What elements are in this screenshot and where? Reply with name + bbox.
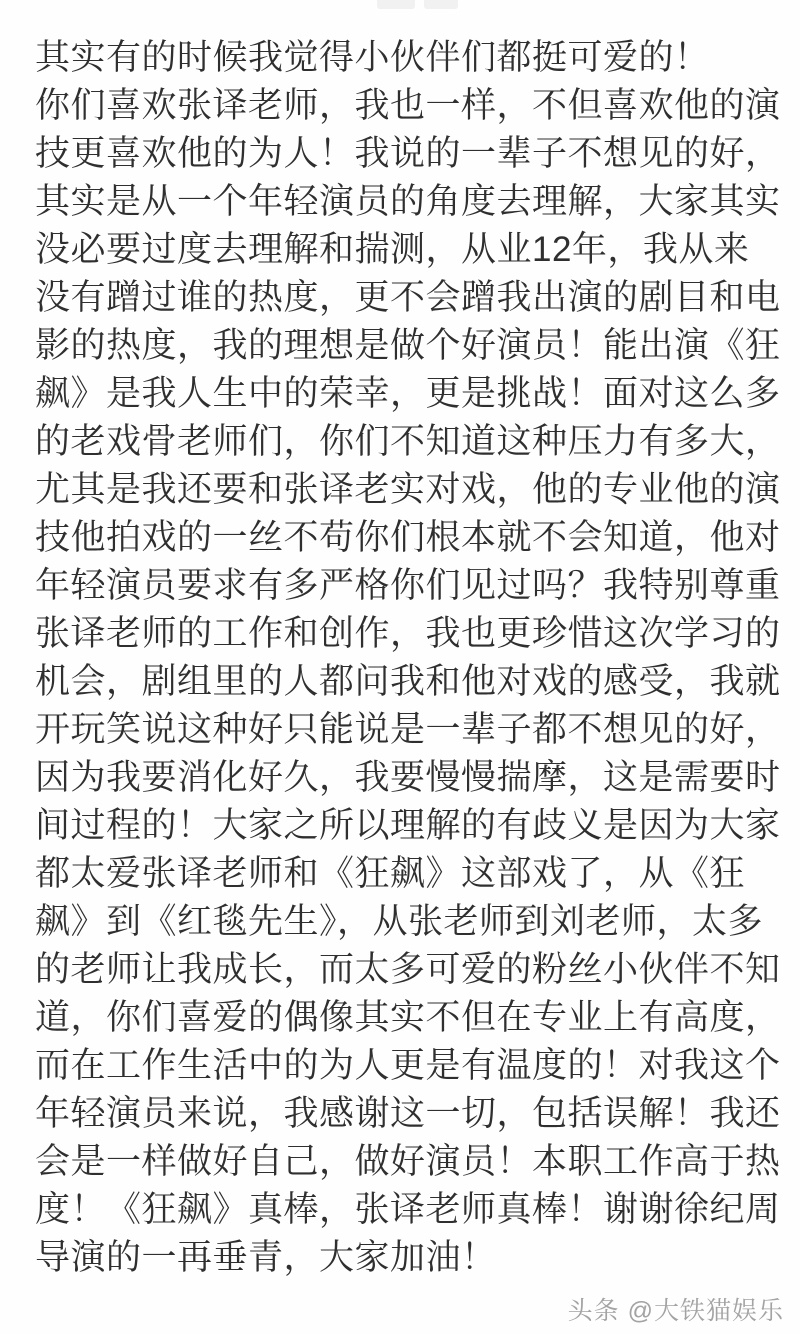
text-line: 都太爱张译老师和《狂飙》这部戏了，从《狂	[35, 850, 790, 898]
post-text: 其实有的时候我觉得小伙伴们都挺可爱的！ 你们喜欢张译老师，我也一样，不但喜欢他的…	[35, 34, 790, 1282]
text-line: 的老戏骨老师们，你们不知道这种压力有多大，	[35, 418, 790, 466]
text-line: 没必要过度去理解和揣测，从业12年，我从来	[35, 226, 790, 274]
post-screenshot-page: 其实有的时候我觉得小伙伴们都挺可爱的！ 你们喜欢张译老师，我也一样，不但喜欢他的…	[0, 0, 800, 1334]
text-line: 没有蹭过谁的热度，更不会蹭我出演的剧目和电	[35, 274, 790, 322]
text-line: 导演的一再垂青，大家加油！	[35, 1234, 790, 1282]
text-line: 会是一样做好自己，做好演员！本职工作高于热	[35, 1138, 790, 1186]
toutiao-watermark: 头条 @大铁猫娱乐	[568, 1291, 784, 1327]
text-line: 飙》到《红毯先生》，从张老师到刘老师，太多	[35, 898, 790, 946]
text-line: 开玩笑说这种好只能说是一辈子都不想见的好，	[35, 706, 790, 754]
text-line: 间过程的！大家之所以理解的有歧义是因为大家	[35, 802, 790, 850]
text-line: 因为我要消化好久，我要慢慢揣摩，这是需要时	[35, 754, 790, 802]
cropped-top-line-remnants	[0, 0, 800, 12]
text-line: 技他拍戏的一丝不苟你们根本就不会知道，他对	[35, 514, 790, 562]
text-line: 飙》是我人生中的荣幸，更是挑战！面对这么多	[35, 370, 790, 418]
text-line: 其实有的时候我觉得小伙伴们都挺可爱的！	[35, 34, 790, 82]
cropped-character-fragment	[377, 0, 415, 9]
text-line: 的老师让我成长，而太多可爱的粉丝小伙伴不知	[35, 946, 790, 994]
text-line: 而在工作生活中的为人更是有温度的！对我这个	[35, 1042, 790, 1090]
text-line: 年轻演员要求有多严格你们见过吗？我特别尊重	[35, 562, 790, 610]
text-line: 道，你们喜爱的偶像其实不但在专业上有高度，	[35, 994, 790, 1042]
text-line: 技更喜欢他的为人！我说的一辈子不想见的好，	[35, 130, 790, 178]
cropped-character-fragment	[424, 0, 458, 9]
text-line: 度！《狂飙》真棒，张译老师真棒！谢谢徐纪周	[35, 1186, 790, 1234]
text-line: 年轻演员来说，我感谢这一切，包括误解！我还	[35, 1090, 790, 1138]
text-line: 机会，剧组里的人都问我和他对戏的感受，我就	[35, 658, 790, 706]
text-line: 其实是从一个年轻演员的角度去理解，大家其实	[35, 178, 790, 226]
text-line: 张译老师的工作和创作，我也更珍惜这次学习的	[35, 610, 790, 658]
text-line: 你们喜欢张译老师，我也一样，不但喜欢他的演	[35, 82, 790, 130]
text-line: 尤其是我还要和张译老实对戏，他的专业他的演	[35, 466, 790, 514]
text-line: 影的热度，我的理想是做个好演员！能出演《狂	[35, 322, 790, 370]
